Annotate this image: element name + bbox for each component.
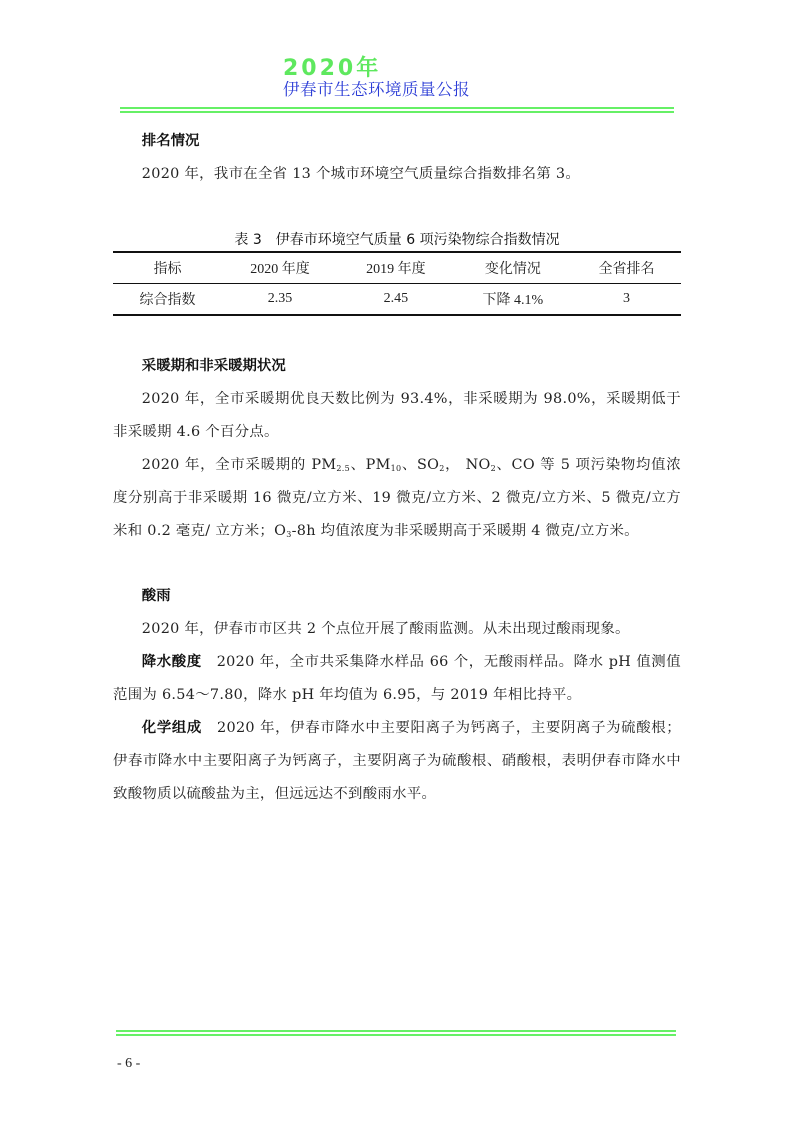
col-header: 全省排名 — [572, 252, 681, 284]
spacer — [113, 548, 681, 580]
spacer — [113, 191, 681, 229]
heading-ranking: 排名情况 — [113, 125, 681, 158]
heading-heating: 采暖期和非采暖期状况 — [113, 350, 681, 383]
o3-label: O — [274, 523, 286, 539]
col-header: 指标 — [113, 252, 222, 284]
pm10-label: PM — [366, 457, 391, 473]
text: 、 — [350, 457, 366, 473]
ranking-text: 2020 年，我市在全省 13 个城市环境空气质量综合指数排名第 3。 — [113, 158, 681, 191]
page-body: 排名情况 2020 年，我市在全省 13 个城市环境空气质量综合指数排名第 3。… — [113, 125, 681, 811]
table-cell: 2.35 — [222, 284, 338, 316]
acidity-lead: 降水酸度 — [142, 654, 202, 670]
pm25-label: PM — [311, 457, 336, 473]
col-header: 2019 年度 — [338, 252, 454, 284]
table-row: 综合指数 2.35 2.45 下降 4.1% 3 — [113, 284, 681, 316]
header-divider — [120, 107, 674, 113]
subscript: 2.5 — [336, 464, 350, 473]
page-number: - 6 - — [117, 1056, 140, 1072]
col-header: 变化情况 — [454, 252, 572, 284]
table-caption: 表 3 伊春市环境空气质量 6 项污染物综合指数情况 — [113, 229, 681, 251]
header-subtitle: 伊春市生态环境质量公报 — [283, 80, 470, 100]
col-header: 2020 年度 — [222, 252, 338, 284]
table-cell: 综合指数 — [113, 284, 222, 316]
text: ， — [445, 457, 466, 473]
spacer — [113, 316, 681, 350]
text: 2020 年，全市采暖期的 — [142, 457, 312, 473]
heading-acid-rain: 酸雨 — [113, 580, 681, 613]
text: -8h 均值浓度为非采暖期高于采暖期 4 微克/立方米。 — [292, 523, 639, 539]
acid-rain-para-1: 2020 年，伊春市市区共 2 个点位开展了酸雨监测。从未出现过酸雨现象。 — [113, 613, 681, 646]
chemistry-lead: 化学组成 — [142, 720, 202, 736]
table-cell: 2.45 — [338, 284, 454, 316]
acidity-para: 降水酸度 2020 年，全市共采集降水样品 66 个，无酸雨样品。降水 pH 值… — [113, 646, 681, 712]
no2-label: NO — [466, 457, 491, 473]
index-table: 指标 2020 年度 2019 年度 变化情况 全省排名 综合指数 2.35 2… — [113, 251, 681, 316]
subscript: 10 — [391, 464, 402, 473]
heating-para-1: 2020 年，全市采暖期优良天数比例为 93.4%，非采暖期为 98.0%，采暖… — [113, 383, 681, 449]
chemistry-para: 化学组成 2020 年，伊春市降水中主要阳离子为钙离子，主要阴离子为硫酸根；伊春… — [113, 712, 681, 811]
table-cell: 下降 4.1% — [454, 284, 572, 316]
text: 、 — [401, 457, 417, 473]
footer-divider — [116, 1030, 676, 1036]
heating-para-2: 2020 年，全市采暖期的 PM2.5、PM10、SO2， NO2、CO 等 5… — [113, 449, 681, 548]
so2-label: SO — [417, 457, 439, 473]
table-cell: 3 — [572, 284, 681, 316]
table-header-row: 指标 2020 年度 2019 年度 变化情况 全省排名 — [113, 252, 681, 284]
header-year: 2020年 — [283, 57, 381, 81]
